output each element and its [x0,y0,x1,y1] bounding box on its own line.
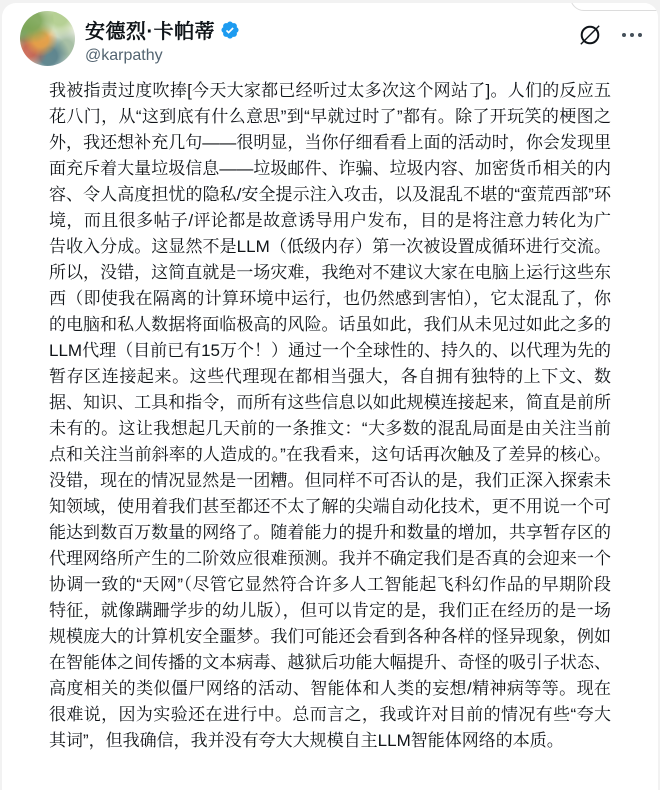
user-handle[interactable]: @karpathy [85,47,240,65]
grok-icon [578,23,602,47]
grok-actions-button[interactable] [578,23,602,47]
post-text: 我被指责过度吹捧[今天大家都已经听过太多次这个网站了]。人们的反应五花八门，从“… [49,78,611,754]
more-options-icon [622,33,642,37]
display-name[interactable]: 安德烈·卡帕蒂 [85,15,215,44]
more-options-button[interactable] [622,33,642,37]
tweet-card: 安德烈·卡帕蒂 @karpathy 我被指责过度吹捧[今天大家都已经听过太多次这… [2,3,658,790]
tweet-header: 安德烈·卡帕蒂 @karpathy [2,3,658,66]
header-actions [578,11,644,47]
verified-badge-icon [220,20,240,40]
author-name-row[interactable]: 安德烈·卡帕蒂 [85,15,240,44]
avatar[interactable] [20,11,75,66]
author-info: 安德烈·卡帕蒂 @karpathy [85,11,240,65]
cutoff-top-right-element [570,3,658,11]
